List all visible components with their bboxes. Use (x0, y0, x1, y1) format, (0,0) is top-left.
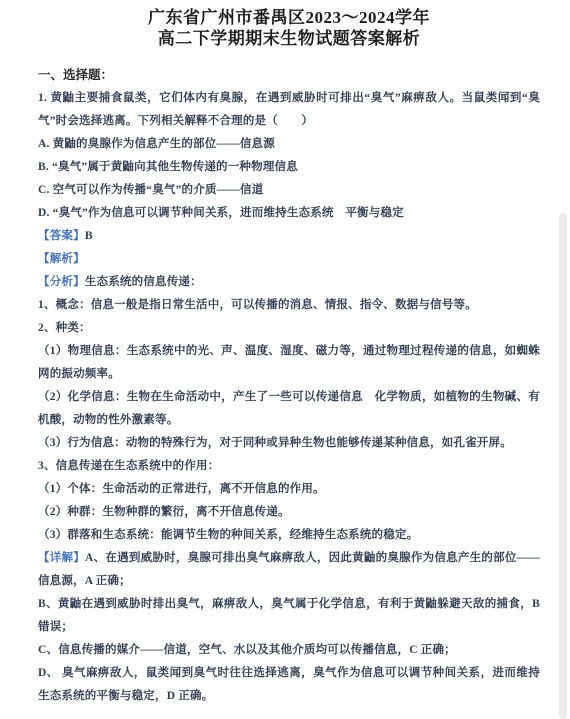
fenxi-label: 【分析】 (38, 276, 85, 288)
analysis-paragraph: （1）个体：生命活动的正常进行，离不开信息的作用。 (38, 478, 540, 501)
xiangjie-text: A、在遇到威胁时，臭腺可排出臭气麻痹敌人，因此黄鼬的臭腺作为信息产生的部位——信… (38, 552, 540, 587)
analysis-paragraph: （2）种群：生物种群的繁衍，离不开信息传递。 (38, 501, 540, 524)
answer-line: 【答案】B (38, 225, 540, 248)
xiangjie-label: 【详解】 (38, 552, 85, 564)
analysis-paragraph: （3）群落和生态系统：能调节生物的种间关系，经维持生态系统的稳定。 (38, 524, 540, 547)
detail-paragraph: D、 臭气麻痹敌人，鼠类闻到臭气时往往选择逃离，臭气作为信息可以调节种间关系，进… (38, 662, 540, 708)
page-title: 广东省广州市番禺区2023～2024学年 高二下学期期末生物试题答案解析 (38, 7, 540, 49)
answer-value: B (85, 230, 93, 242)
option-b: B. “臭气”属于黄鼬向其他生物传递的一种物理信息 (38, 156, 540, 179)
analysis-paragraph: （1）物理信息：生态系统中的光、声、温度、湿度、磁力等，通过物理过程传递的信息，… (38, 340, 540, 386)
scrollbar-thumb[interactable] (559, 213, 567, 719)
page-title-line-1: 广东省广州市番禺区2023～2024学年 (38, 7, 540, 28)
document-page: 广东省广州市番禺区2023～2024学年 高二下学期期末生物试题答案解析 一、选… (0, 0, 570, 719)
analysis-paragraph: （2）化学信息：生物在生命活动中，产生了一些可以传递信息 化学物质，如植物的生物… (38, 386, 540, 432)
document-body: 1. 黄鼬主要捕食鼠类，它们体内有臭腺，在遇到威胁时可排出“臭气”麻痹敌人。当鼠… (38, 87, 540, 708)
fenxi-line: 【分析】生态系统的信息传递： (38, 271, 540, 294)
jiexi-line: 【解析】 (38, 248, 540, 271)
xiangjie-line: 【详解】A、在遇到威胁时，臭腺可排出臭气麻痹敌人，因此黄鼬的臭腺作为信息产生的部… (38, 547, 540, 593)
analysis-paragraph: 3、信息传递在生态系统中的作用： (38, 455, 540, 478)
analysis-paragraph: （3）行为信息：动物的特殊行为，对于同种或异种生物也能够传递某种信息，如孔雀开屏… (38, 432, 540, 455)
detail-paragraph: B、黄鼬在遇到威胁时排出臭气，麻痹敌人，臭气属于化学信息，有利于黄鼬躲避天敌的捕… (38, 593, 540, 639)
answer-label: 【答案】 (38, 230, 85, 242)
option-d: D. “臭气”作为信息可以调节种间关系，进而维持生态系统 平衡与稳定 (38, 202, 540, 225)
page-title-line-2: 高二下学期期末生物试题答案解析 (38, 28, 540, 49)
detail-paragraph: C、信息传播的媒介——信道，空气、水以及其他介质均可以传播信息，C 正确； (38, 639, 540, 662)
analysis-paragraph: 1、概念：信息一般是指日常生活中，可以传播的消息、情报、指令、数据与信号等。 (38, 294, 540, 317)
option-c: C. 空气可以作为传播“臭气”的介质——信道 (38, 179, 540, 202)
question-stem: 1. 黄鼬主要捕食鼠类，它们体内有臭腺，在遇到威胁时可排出“臭气”麻痹敌人。当鼠… (38, 87, 540, 133)
option-a: A. 黄鼬的臭腺作为信息产生的部位——信息源 (38, 133, 540, 156)
section-heading: 一、选择题： (38, 64, 540, 87)
analysis-paragraph: 2、种类： (38, 317, 540, 340)
fenxi-text: 生态系统的信息传递： (85, 276, 202, 288)
jiexi-label: 【解析】 (38, 253, 85, 265)
